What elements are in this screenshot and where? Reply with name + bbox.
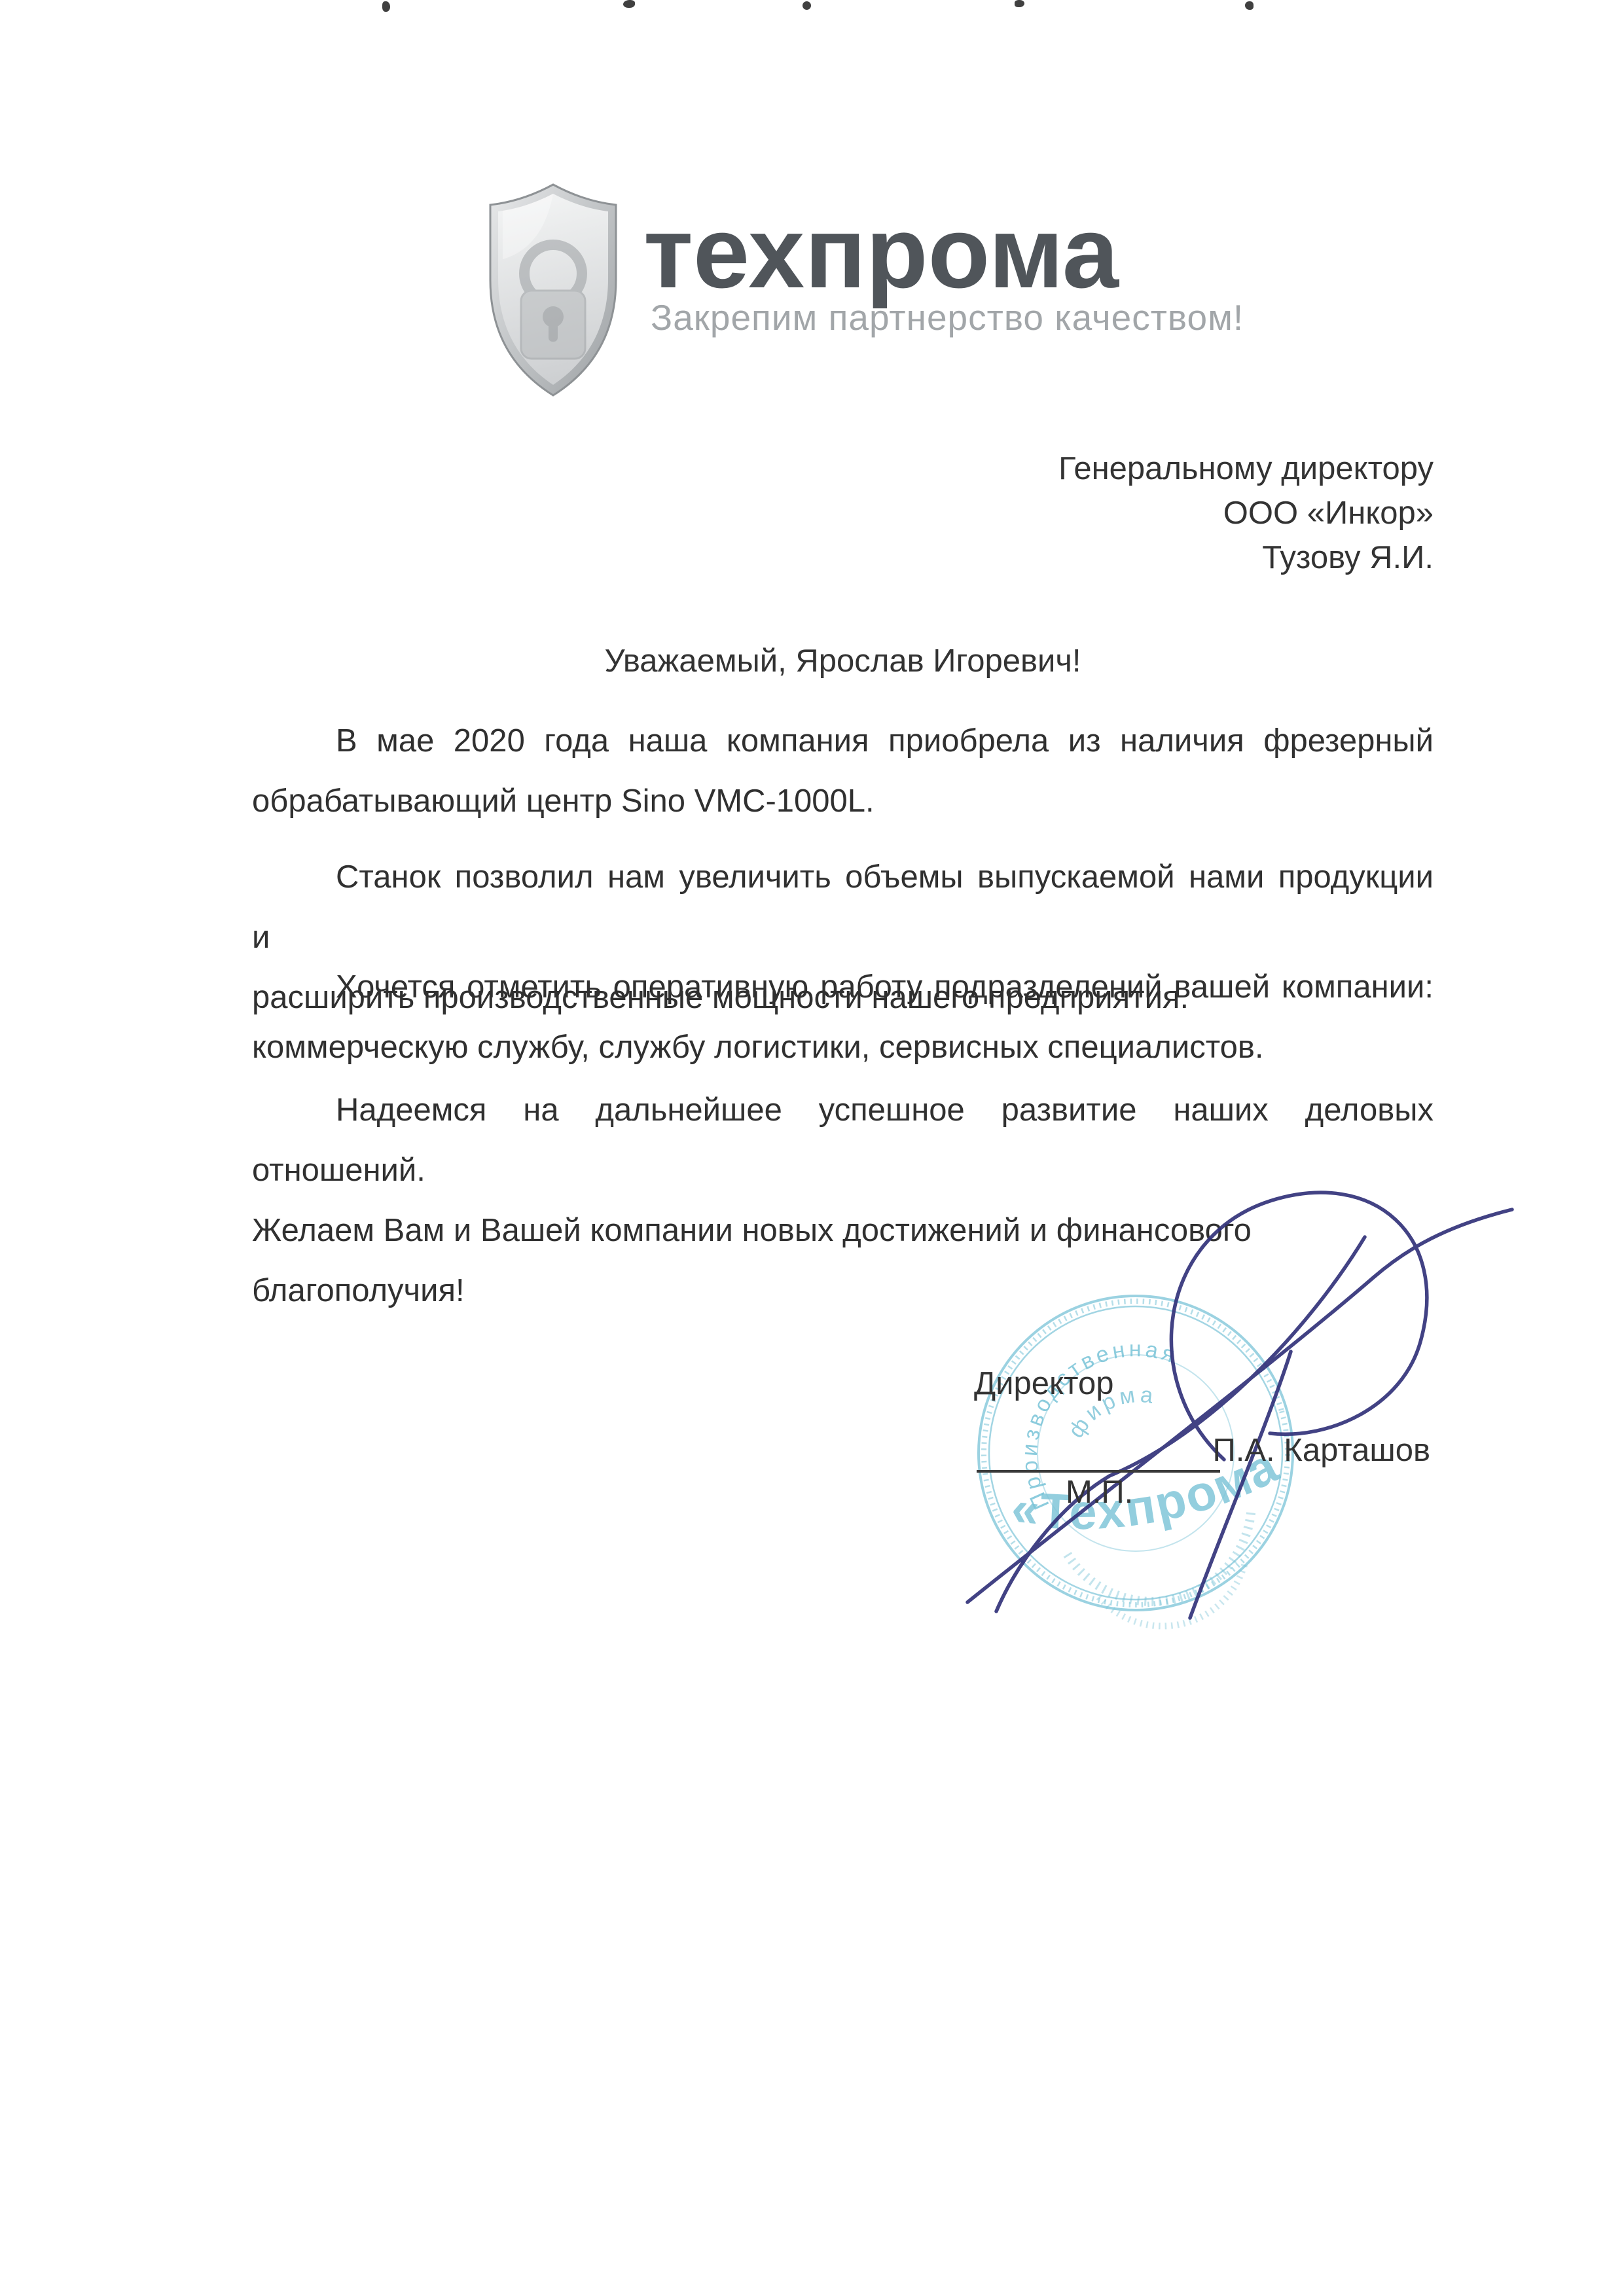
- scan-artifact: [1245, 1, 1254, 10]
- salutation: Уважаемый, Ярослав Игоревич!: [252, 643, 1434, 679]
- scan-artifact: [623, 0, 635, 8]
- paragraph-line: Станок позволил нам увеличить объемы вып…: [252, 847, 1434, 967]
- scan-artifact: [803, 1, 811, 10]
- recipient-line: Генеральному директору: [1058, 446, 1434, 491]
- recipient-line: Тузову Я.И.: [1058, 535, 1434, 580]
- brand-wordmark: техпрома: [643, 202, 1119, 303]
- paragraph-line: В мае 2020 года наша компания приобрела …: [252, 711, 1434, 771]
- seal-place-note: М.П.: [1066, 1474, 1133, 1511]
- scanned-letter-page: техпрома Закрепим партнерство качеством!…: [0, 0, 1624, 2296]
- paragraph-line: Хочется отметить оперативную работу подр…: [252, 957, 1434, 1017]
- scan-artifact: [1015, 0, 1024, 7]
- paragraph: В мае 2020 года наша компания приобрела …: [252, 711, 1434, 831]
- signature-position-label: Директор: [974, 1365, 1113, 1402]
- paragraph: Хочется отметить оперативную работу подр…: [252, 957, 1434, 1077]
- signature-line: [977, 1470, 1220, 1473]
- stamp-and-signature: Производственная фирма «Техпрома»: [903, 1126, 1571, 1689]
- shield-logo-icon: [487, 181, 619, 399]
- scan-artifact: [382, 1, 390, 12]
- brand-tagline: Закрепим партнерство качеством!: [651, 300, 1244, 336]
- paragraph-line: коммерческую службу, службу логистики, с…: [252, 1017, 1434, 1077]
- recipient-block: Генеральному директору ООО «Инкор» Тузов…: [1058, 446, 1434, 580]
- recipient-line: ООО «Инкор»: [1058, 491, 1434, 535]
- paragraph-line: обрабатывающий центр Sino VMC-1000L.: [252, 771, 1434, 831]
- signature-name: П.А. Карташов: [1213, 1432, 1430, 1469]
